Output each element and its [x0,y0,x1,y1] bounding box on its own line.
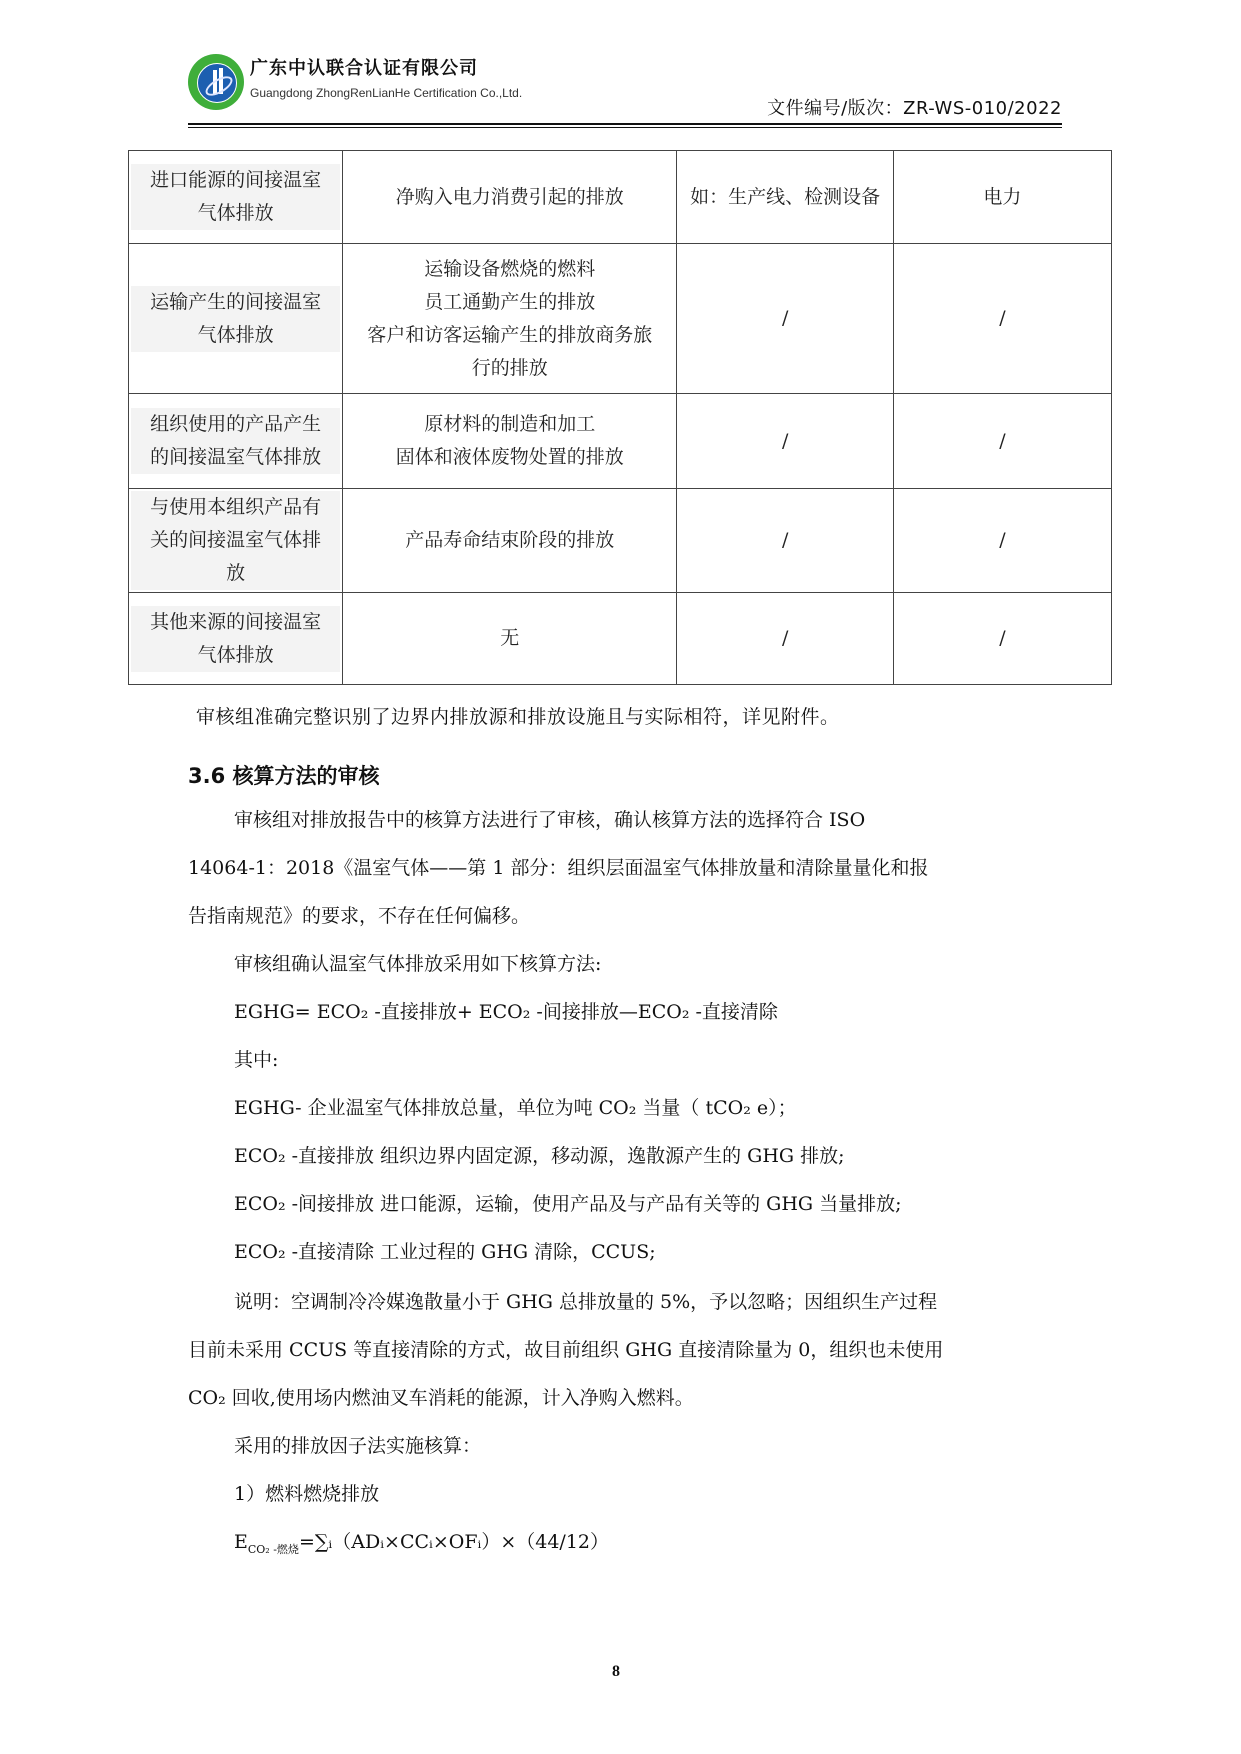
company-name-en: Guangdong ZhongRenLianHe Certification C… [250,86,522,100]
energy-cell: 电力 [893,151,1111,244]
definition-direct: ECO₂ -直接排放 组织边界内固定源，移动源，逸散源产生的 GHG 排放; [234,1132,1054,1180]
energy-cell: / [893,489,1111,593]
where-label: 其中: [234,1036,1054,1084]
item-fuel-combustion: 1）燃料燃烧排放 [234,1470,1054,1518]
ghg-formula: EGHG= ECO₂ -直接排放+ ECO₂ -间接排放—ECO₂ -直接清除 [234,988,1054,1036]
facilities-cell: / [677,394,893,489]
factor-method: 采用的排放因子法实施核算： 1）燃料燃烧排放 ECO₂ -燃烧=∑ᵢ（ADᵢ×C… [234,1422,1054,1574]
page-number: 8 [612,1663,620,1681]
section-heading: 3.6 核算方法的审核 [188,760,380,790]
method-definitions: 审核组确认温室气体排放采用如下核算方法: EGHG= ECO₂ -直接排放+ E… [234,940,1054,1276]
document-number: 文件编号/版次：ZR-WS-010/2022 [767,94,1062,120]
method-intro: 审核组确认温室气体排放采用如下核算方法: [234,940,1054,988]
category-cell: 进口能源的间接温室气体排放 [129,151,343,244]
table-row: 与使用本组织产品有关的间接温室气体排放 产品寿命结束阶段的排放 / / [129,489,1112,593]
energy-cell: / [893,244,1111,394]
sources-cell: 运输设备燃烧的燃料员工通勤产生的排放客户和访客运输产生的排放商务旅行的排放 [343,244,677,394]
definition-removal: ECO₂ -直接清除 工业过程的 GHG 清除，CCUS; [234,1228,1054,1276]
sources-cell: 原材料的制造和加工固体和液体废物处置的排放 [343,394,677,489]
table-row: 进口能源的间接温室气体排放 净购入电力消费引起的排放 如：生产线、检测设备 电力 [129,151,1112,244]
note-paragraph: 说明：空调制冷冷媒逸散量小于 GHG 总排放量的 5%，予以忽略；因组织生产过程… [188,1278,1058,1422]
energy-cell: / [893,593,1111,685]
fuel-formula: ECO₂ -燃烧=∑ᵢ（ADᵢ×CCᵢ×OFᵢ）×（44/12） [234,1518,1054,1574]
factor-intro: 采用的排放因子法实施核算： [234,1422,1054,1470]
energy-cell: / [893,394,1111,489]
facilities-cell: 如：生产线、检测设备 [677,151,893,244]
header-divider [188,123,1062,125]
method-review-paragraph: 审核组对排放报告中的核算方法进行了审核，确认核算方法的选择符合 ISO 1406… [188,796,1058,940]
table-row: 组织使用的产品产生的间接温室气体排放 原材料的制造和加工固体和液体废物处置的排放… [129,394,1112,489]
header-divider-thin [188,127,1062,128]
company-logo-icon [188,54,244,110]
category-cell: 与使用本组织产品有关的间接温室气体排放 [129,489,343,593]
category-cell: 其他来源的间接温室气体排放 [129,593,343,685]
definition-egh: EGHG- 企业温室气体排放总量，单位为吨 CO₂ 当量（ tCO₂ e）； [234,1084,1054,1132]
table-row: 其他来源的间接温室气体排放 无 / / [129,593,1112,685]
facilities-cell: / [677,244,893,394]
page-header: 广东中认联合认证有限公司 Guangdong ZhongRenLianHe Ce… [188,48,1062,128]
facilities-cell: / [677,593,893,685]
definition-indirect: ECO₂ -间接排放 进口能源，运输，使用产品及与产品有关等的 GHG 当量排放… [234,1180,1054,1228]
sources-cell: 净购入电力消费引起的排放 [343,151,677,244]
table-row: 运输产生的间接温室气体排放 运输设备燃烧的燃料员工通勤产生的排放客户和访客运输产… [129,244,1112,394]
table-conclusion-text: 审核组准确完整识别了边界内排放源和排放设施且与实际相符，详见附件。 [196,702,840,729]
company-name-cn: 广东中认联合认证有限公司 [250,54,478,80]
facilities-cell: / [677,489,893,593]
sources-cell: 无 [343,593,677,685]
category-cell: 组织使用的产品产生的间接温室气体排放 [129,394,343,489]
emission-sources-table: 进口能源的间接温室气体排放 净购入电力消费引起的排放 如：生产线、检测设备 电力… [128,150,1112,685]
category-cell: 运输产生的间接温室气体排放 [129,244,343,394]
sources-cell: 产品寿命结束阶段的排放 [343,489,677,593]
